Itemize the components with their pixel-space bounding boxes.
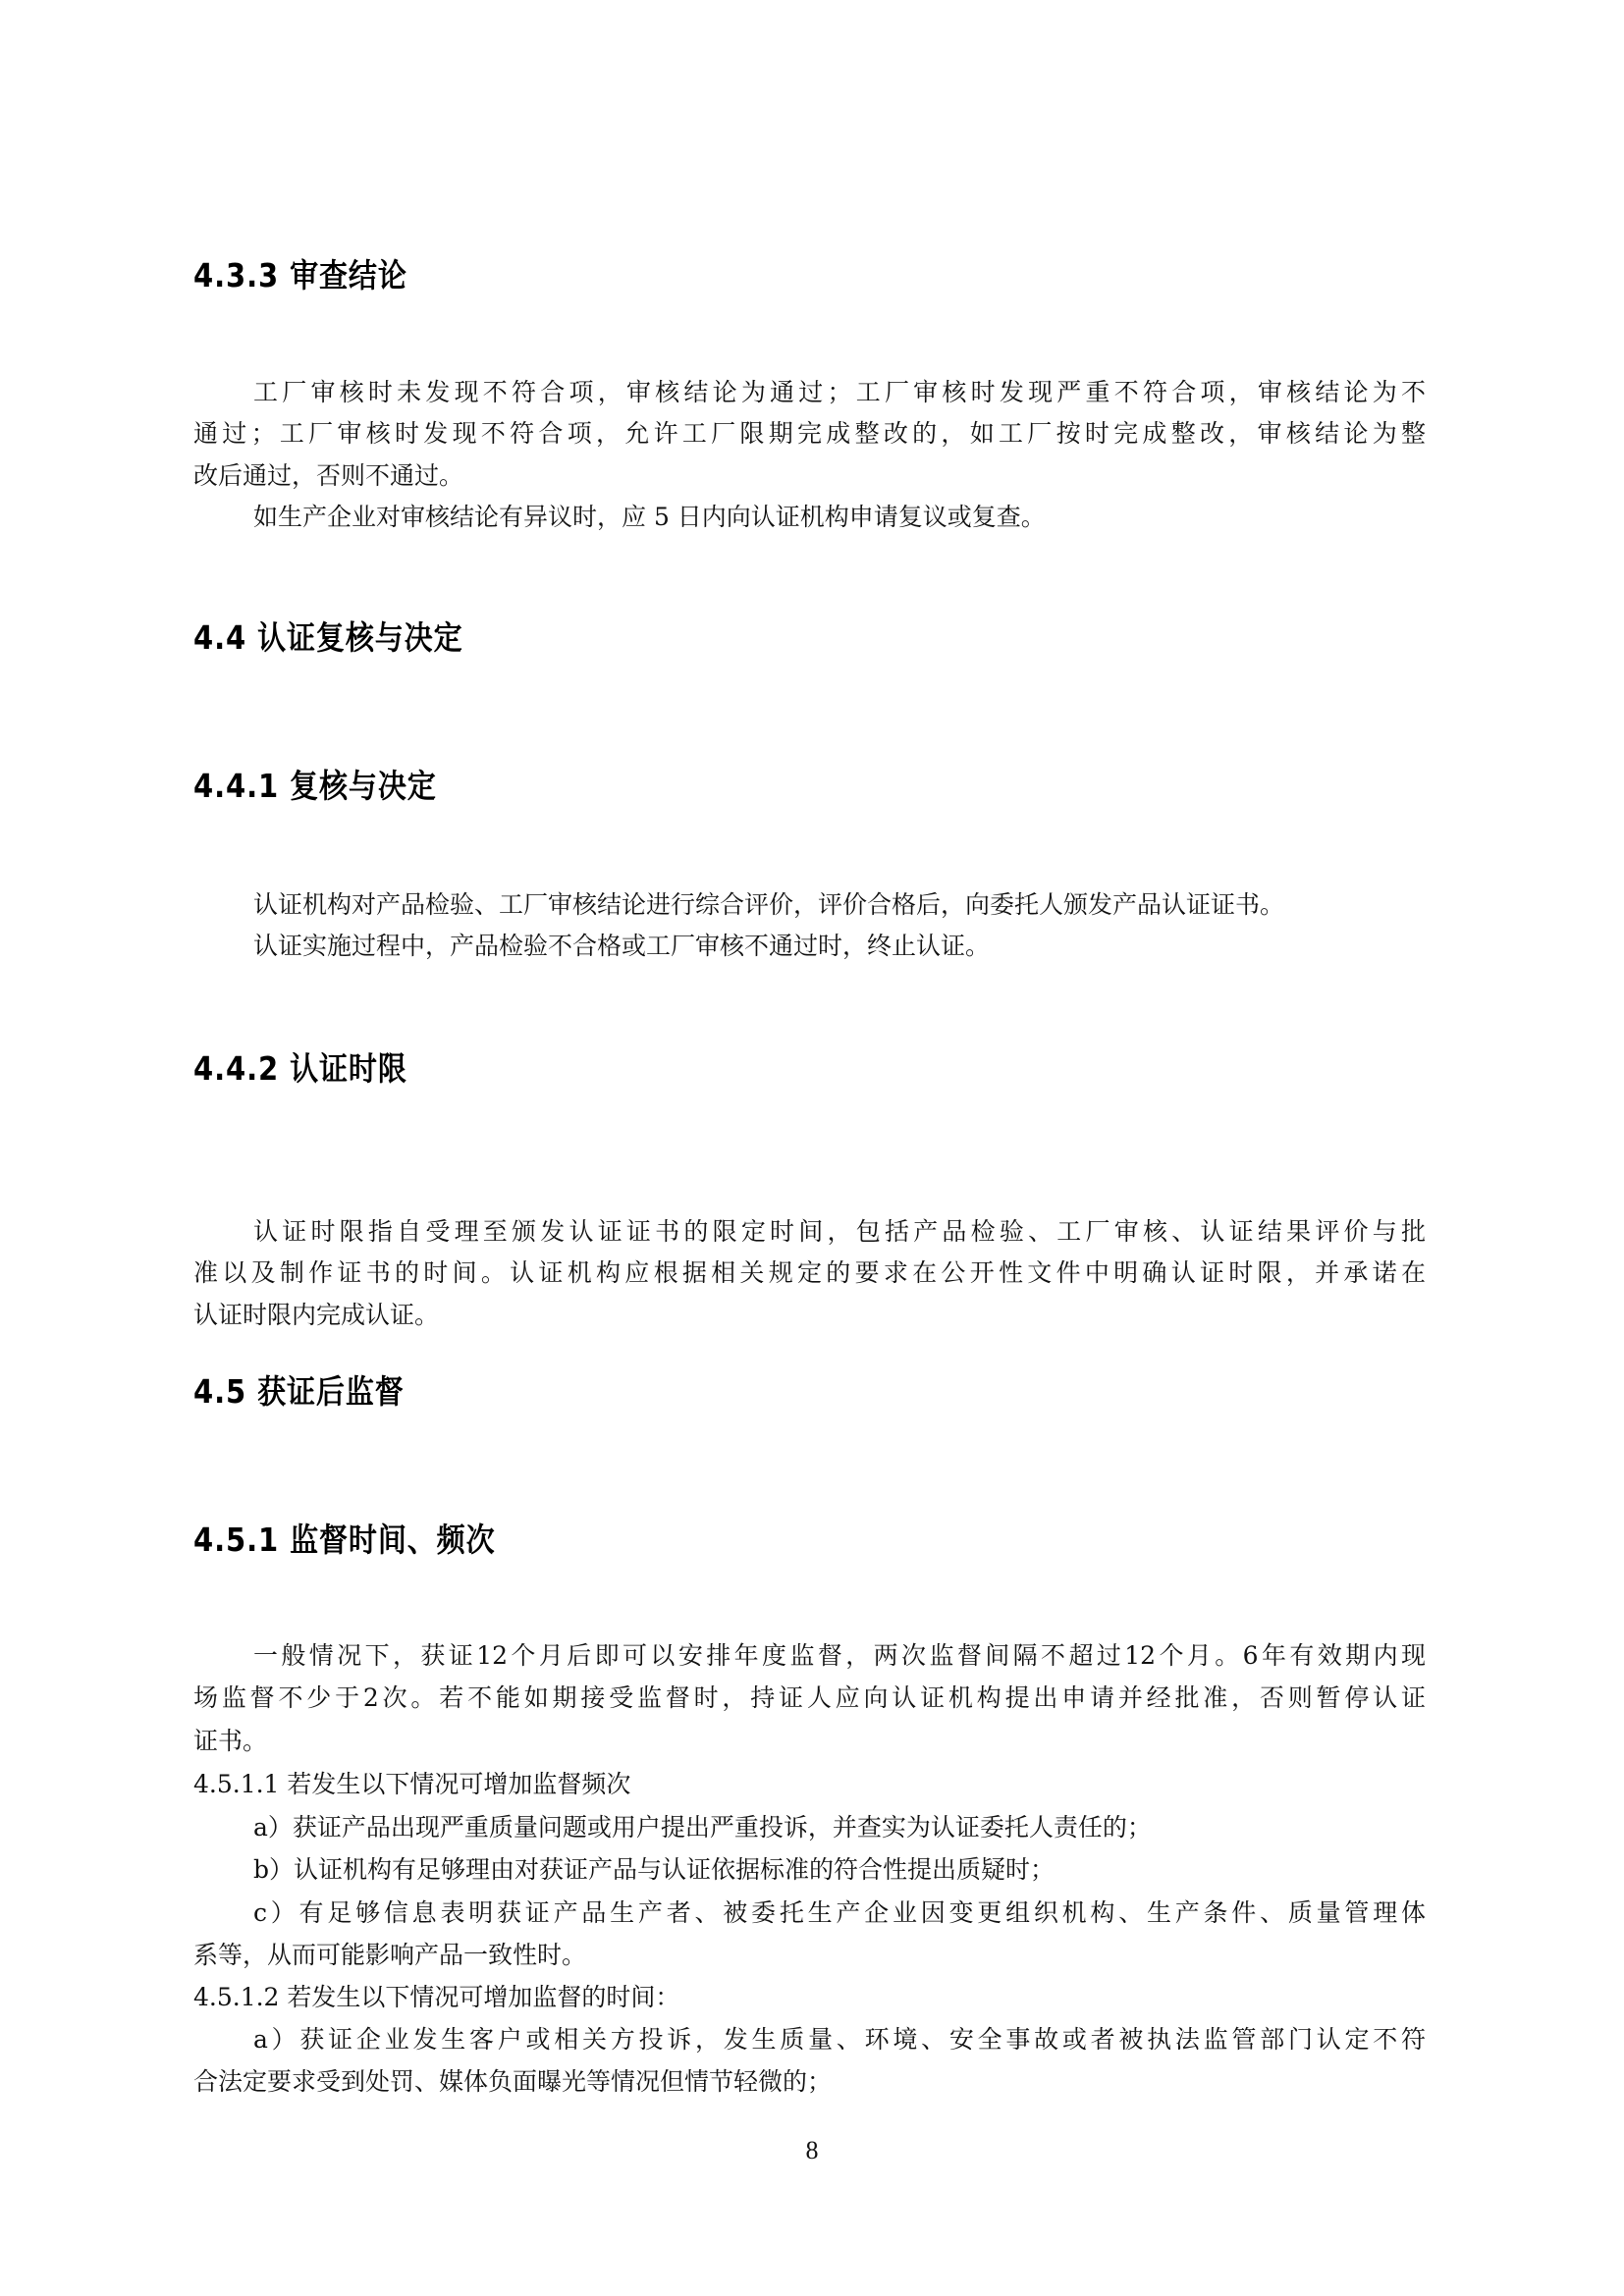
paragraph-line: 通过；工厂审核时发现不符合项，允许工厂限期完成整改的，如工厂按时完成整改，审核结… bbox=[193, 414, 1426, 450]
list-item: a）获证企业发生客户或相关方投诉，发生质量、环境、安全事故或者被执法监管部门认定… bbox=[193, 2020, 1426, 2056]
subsection-title-4-5-1-1: 4.5.1.1 若发生以下情况可增加监督频次 bbox=[193, 1765, 630, 1800]
paragraph-line: 改后通过，否则不通过。 bbox=[193, 456, 463, 492]
list-item-continuation: 合法定要求受到处罚、媒体负面曝光等情况但情节轻微的； bbox=[193, 2062, 832, 2098]
section-heading-4-5: 4.5 获证后监督 bbox=[193, 1366, 405, 1413]
paragraph-line: 准以及制作证书的时间。认证机构应根据相关规定的要求在公开性文件中明确认证时限，并… bbox=[193, 1254, 1426, 1289]
section-heading-4-4-1: 4.4.1 复核与决定 bbox=[193, 761, 437, 807]
paragraph-line: 一般情况下，获证12个月后即可以安排年度监督，两次监督间隔不超过12个月。6年有… bbox=[193, 1636, 1426, 1672]
paragraph-line: 证书。 bbox=[193, 1722, 267, 1757]
page-number: 8 bbox=[783, 2136, 841, 2165]
list-item-continuation: 系等，从而可能影响产品一致性时。 bbox=[193, 1936, 586, 1971]
paragraph-line: 如生产企业对审核结论有异议时，应 5 日内向认证机构申请复议或复查。 bbox=[253, 498, 1046, 533]
section-heading-4-4-2: 4.4.2 认证时限 bbox=[193, 1043, 407, 1090]
paragraph-line: 场监督不少于2次。若不能如期接受监督时，持证人应向认证机构提出申请并经批准，否则… bbox=[193, 1679, 1426, 1714]
section-heading-4-5-1: 4.5.1 监督时间、频次 bbox=[193, 1515, 496, 1561]
document-page: 4.3.3 审查结论 工厂审核时未发现不符合项，审核结论为通过；工厂审核时发现严… bbox=[0, 0, 1624, 2296]
paragraph-line: 认证机构对产品检验、工厂审核结论进行综合评价，评价合格后，向委托人颁发产品认证证… bbox=[253, 885, 1284, 921]
list-item: b）认证机构有足够理由对获证产品与认证依据标准的符合性提出质疑时； bbox=[253, 1850, 1055, 1886]
paragraph-line: 认证时限内完成认证。 bbox=[193, 1296, 439, 1331]
paragraph-line: 认证实施过程中，产品检验不合格或工厂审核不通过时，终止认证。 bbox=[253, 927, 990, 962]
list-item: c）有足够信息表明获证产品生产者、被委托生产企业因变更组织机构、生产条件、质量管… bbox=[193, 1894, 1426, 1929]
paragraph-line: 工厂审核时未发现不符合项，审核结论为通过；工厂审核时发现严重不符合项，审核结论为… bbox=[193, 373, 1426, 408]
section-heading-4-4: 4.4 认证复核与决定 bbox=[193, 613, 463, 659]
paragraph-line: 认证时限指自受理至颁发认证证书的限定时间，包括产品检验、工厂审核、认证结果评价与… bbox=[193, 1212, 1426, 1248]
list-item: a）获证产品出现严重质量问题或用户提出严重投诉，并查实为认证委托人责任的； bbox=[253, 1808, 1152, 1843]
section-heading-4-3-3: 4.3.3 审查结论 bbox=[193, 250, 407, 296]
subsection-title-4-5-1-2: 4.5.1.2 若发生以下情况可增加监督的时间： bbox=[193, 1978, 679, 2013]
